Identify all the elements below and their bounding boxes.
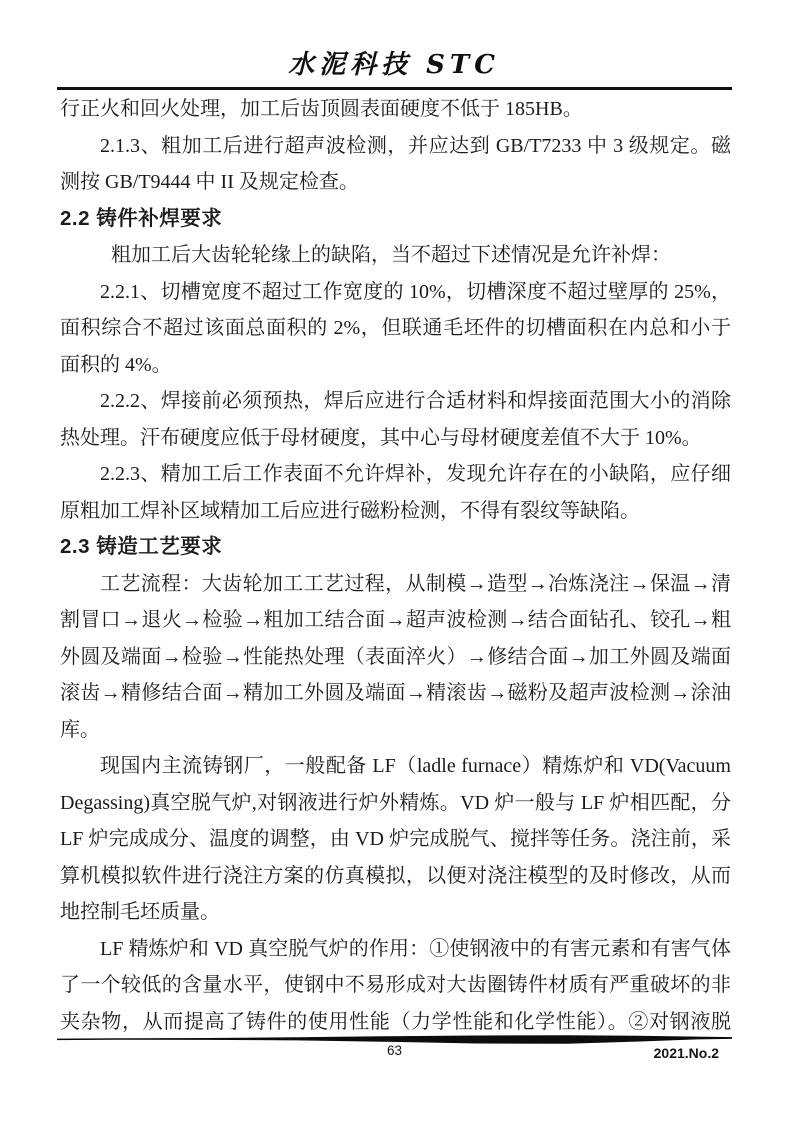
page-number: 63	[57, 1043, 732, 1058]
text-line: 测按 GB/T9444 中 II 及规定检查。	[60, 164, 731, 201]
text-line: 外圆及端面→检验→性能热处理（表面淬火）→修结合面→加工外圆及端面→粗	[60, 639, 731, 676]
text-line: 2.2.1、切槽宽度不超过工作宽度的 10%，切槽深度不超过壁厚的 25%，切槽	[60, 274, 731, 311]
text-line: 地控制毛坯质量。	[60, 894, 731, 931]
paragraph: 现国内主流铸钢厂，一般配备 LF（ladle furnace）精炼炉和 VD(V…	[60, 748, 731, 931]
paragraph: 粗加工后大齿轮轮缘上的缺陷，当不超过下述情况是允许补焊：	[60, 237, 731, 274]
journal-title: 水泥科技 STC	[57, 44, 731, 81]
paragraph: 2.2.3、精加工后工作表面不允许焊补，发现允许存在的小缺陷，应仔细修整。原粗加…	[60, 456, 731, 529]
page-header: 水泥科技 STC	[57, 0, 731, 81]
journal-page: 水泥科技 STC 行正火和回火处理，加工后齿顶圆表面硬度不低于 185HB。2.…	[0, 0, 793, 1122]
issue-label: 2021.No.2	[654, 1045, 719, 1061]
text-line: LF 精炼炉和 VD 真空脱气炉的作用：①使钢液中的有害元素和有害气体降到	[60, 931, 731, 968]
text-line: 割冒口→退火→检验→粗加工结合面→超声波检测→结合面钻孔、铰孔→粗加工	[60, 602, 731, 639]
paragraph: 行正火和回火处理，加工后齿顶圆表面硬度不低于 185HB。	[60, 91, 731, 128]
text-line: Degassing)真空脱气炉,对钢液进行炉外精炼。VD 炉一般与 LF 炉相匹…	[60, 785, 731, 822]
text-line: 工艺流程：大齿轮加工工艺过程，从制模→造型→冶炼浇注→保温→清砂、	[60, 566, 731, 603]
text-line: 库。	[60, 712, 731, 749]
text-line: 面积综合不超过该面总面积的 2%，但联通毛坯件的切槽面积在内总和小于该面总	[60, 310, 731, 347]
text-line: LF 炉完成成分、温度的调整，由 VD 炉完成脱气、搅拌等任务。浇注前，采用计	[60, 821, 731, 858]
text-line: 行正火和回火处理，加工后齿顶圆表面硬度不低于 185HB。	[60, 91, 731, 128]
text-line: 算机模拟软件进行浇注方案的仿真模拟，以便对浇注模型的及时修改，从而较好	[60, 858, 731, 895]
paragraph: 2.1.3、粗加工后进行超声波检测，并应达到 GB/T7233 中 3 级规定。…	[60, 128, 731, 201]
paragraph: LF 精炼炉和 VD 真空脱气炉的作用：①使钢液中的有害元素和有害气体降到了一个…	[60, 931, 731, 1041]
header-divider-rule	[57, 87, 732, 90]
text-line: 现国内主流铸钢厂，一般配备 LF（ladle furnace）精炼炉和 VD(V…	[60, 748, 731, 785]
paragraph: 2.2.2、焊接前必须预热，焊后应进行合适材料和焊接面范围大小的消除应力热处理。…	[60, 383, 731, 456]
section-heading: 2.3 铸造工艺要求	[60, 529, 731, 566]
page-body: 行正火和回火处理，加工后齿顶圆表面硬度不低于 185HB。2.1.3、粗加工后进…	[60, 91, 731, 1040]
text-line: 滚齿→精修结合面→精加工外圆及端面→精滚齿→磁粉及超声波检测→涂油→入	[60, 675, 731, 712]
heading-text: 2.3 铸造工艺要求	[60, 529, 731, 566]
text-line: 原粗加工焊补区域精加工后应进行磁粉检测，不得有裂纹等缺陷。	[60, 493, 731, 530]
paragraph: 2.2.1、切槽宽度不超过工作宽度的 10%，切槽深度不超过壁厚的 25%，切槽…	[60, 274, 731, 384]
text-line: 2.2.2、焊接前必须预热，焊后应进行合适材料和焊接面范围大小的消除应力	[60, 383, 731, 420]
text-line: 粗加工后大齿轮轮缘上的缺陷，当不超过下述情况是允许补焊：	[60, 237, 731, 274]
text-line: 热处理。汗布硬度应低于母材硬度，其中心与母材硬度差值不大于 10%。	[60, 420, 731, 457]
paragraph: 工艺流程：大齿轮加工工艺过程，从制模→造型→冶炼浇注→保温→清砂、割冒口→退火→…	[60, 566, 731, 749]
text-line: 面积的 4%。	[60, 347, 731, 384]
text-line: 了一个较低的含量水平，使钢中不易形成对大齿圈铸件材质有严重破坏的非金属	[60, 967, 731, 1004]
heading-text: 2.2 铸件补焊要求	[60, 201, 731, 238]
text-line: 2.1.3、粗加工后进行超声波检测，并应达到 GB/T7233 中 3 级规定。…	[60, 128, 731, 165]
text-line: 2.2.3、精加工后工作表面不允许焊补，发现允许存在的小缺陷，应仔细修整。	[60, 456, 731, 493]
section-heading: 2.2 铸件补焊要求	[60, 201, 731, 238]
